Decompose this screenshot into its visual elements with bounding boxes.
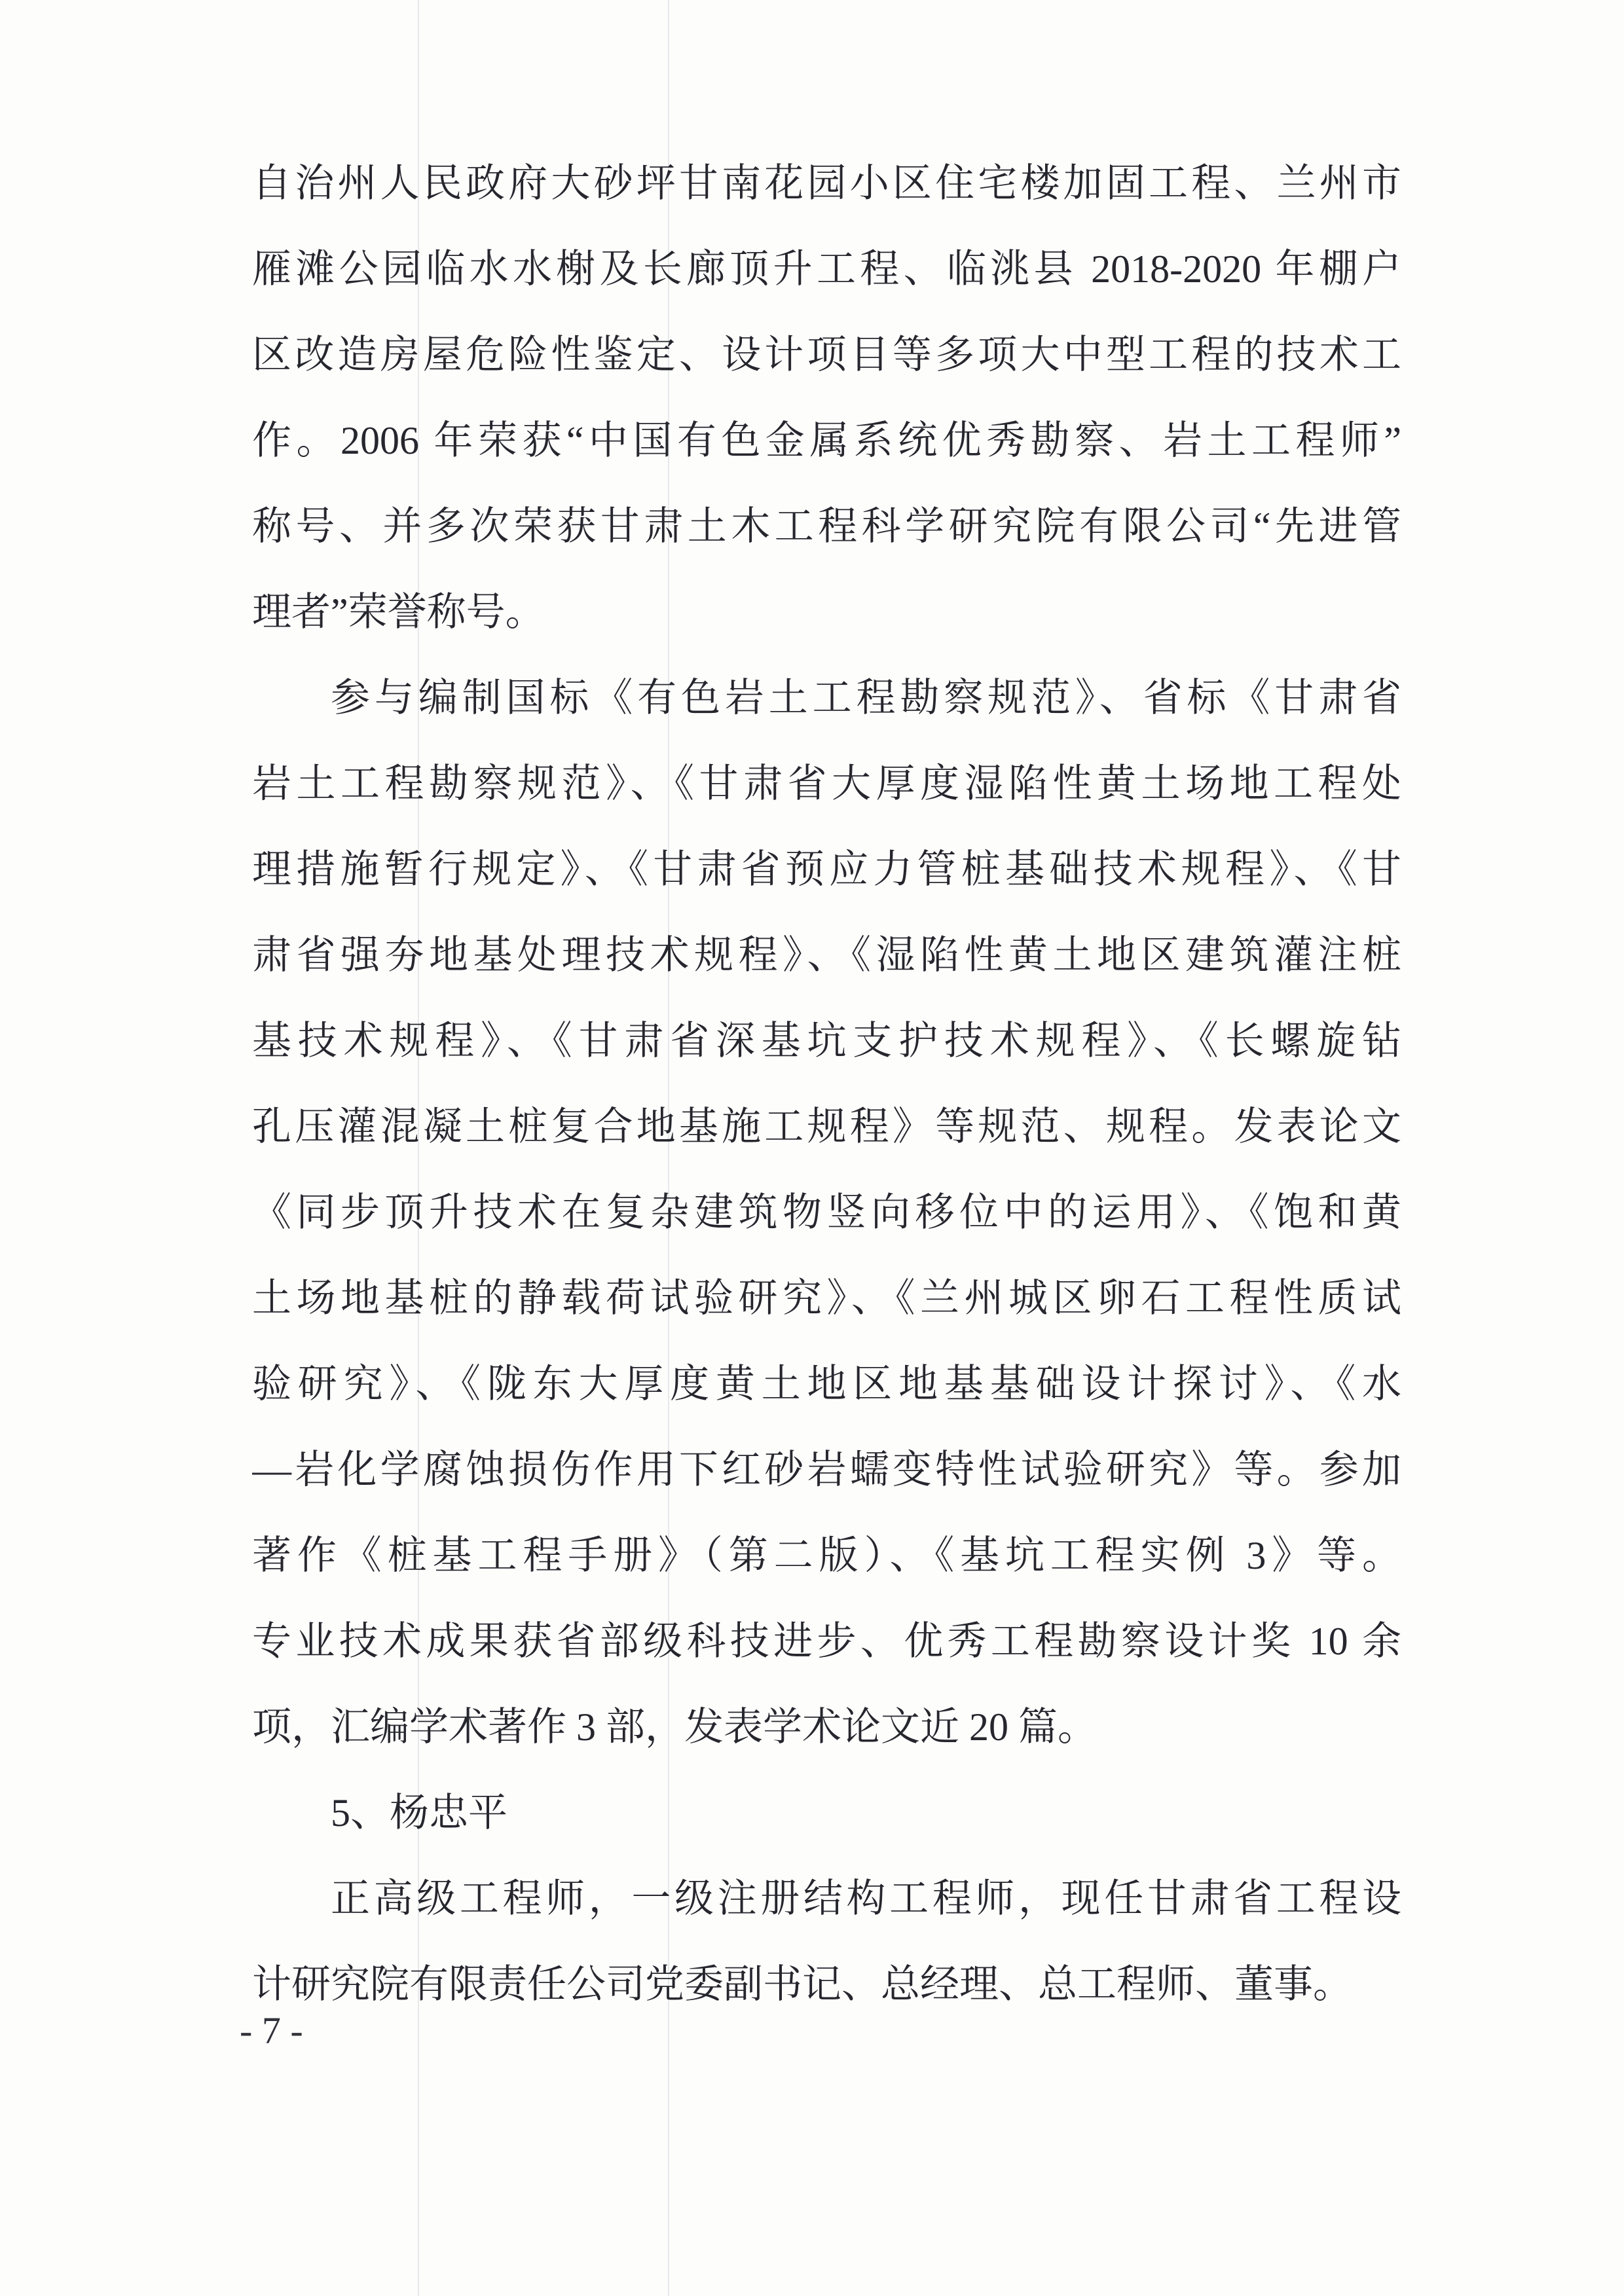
text-line: 自治州人民政府大砂坪甘南花园小区住宅楼加固工程、兰州市 xyxy=(252,141,1401,227)
text-line: 正高级工程师，一级注册结构工程师，现任甘肃省工程设 xyxy=(252,1856,1401,1942)
text-line: —岩化学腐蚀损伤作用下红砂岩蠕变特性试验研究》等。参加 xyxy=(252,1427,1401,1513)
text-line: 验研究》、《陇东大厚度黄土地区地基基础设计探讨》、《水 xyxy=(252,1341,1401,1427)
text-line: 理措施暂行规定》、《甘肃省预应力管桩基础技术规程》、《甘 xyxy=(252,827,1401,913)
text-line: 孔压灌混凝土桩复合地基施工规程》等规范、规程。发表论文 xyxy=(252,1084,1401,1170)
text-line: 雁滩公园临水水榭及长廊顶升工程、临洮县 2018-2020 年棚户 xyxy=(252,227,1401,312)
text-line: 岩土工程勘察规范》、《甘肃省大厚度湿陷性黄土场地工程处 xyxy=(252,741,1401,827)
text-line: 项，汇编学术著作 3 部，发表学术论文近 20 篇。 xyxy=(252,1685,1401,1770)
text-line: 区改造房屋危险性鉴定、设计项目等多项大中型工程的技术工 xyxy=(252,312,1401,398)
text-line: 《同步顶升技术在复杂建筑物竖向移位中的运用》、《饱和黄 xyxy=(252,1170,1401,1256)
text-line: 参与编制国标《有色岩土工程勘察规范》、省标《甘肃省 xyxy=(252,655,1401,741)
text-line: 5、杨忠平 xyxy=(252,1770,1401,1856)
text-line: 计研究院有限责任公司党委副书记、总经理、总工程师、董事。 xyxy=(252,1942,1401,2028)
document-page: 自治州人民政府大砂坪甘南花园小区住宅楼加固工程、兰州市 雁滩公园临水水榭及长廊顶… xyxy=(0,0,1624,2296)
text-line: 著作《桩基工程手册》（第二版）、《基坑工程实例 3》等。 xyxy=(252,1513,1401,1599)
text-line: 肃省强夯地基处理技术规程》、《湿陷性黄土地区建筑灌注桩 xyxy=(252,913,1401,998)
text-line: 称号、并多次荣获甘肃土木工程科学研究院有限公司“先进管 xyxy=(252,484,1401,570)
text-line: 作。2006 年荣获“中国有色金属系统优秀勘察、岩土工程师” xyxy=(252,398,1401,484)
text-line: 土场地基桩的静载荷试验研究》、《兰州城区卵石工程性质试 xyxy=(252,1256,1401,1341)
text-block: 自治州人民政府大砂坪甘南花园小区住宅楼加固工程、兰州市 雁滩公园临水水榭及长廊顶… xyxy=(252,141,1401,2028)
text-line: 基技术规程》、《甘肃省深基坑支护技术规程》、《长螺旋钻 xyxy=(252,998,1401,1084)
text-line: 专业技术成果获省部级科技进步、优秀工程勘察设计奖 10 余 xyxy=(252,1599,1401,1685)
page-number: - 7 - xyxy=(240,2011,303,2050)
text-line: 理者”荣誉称号。 xyxy=(252,570,1401,655)
